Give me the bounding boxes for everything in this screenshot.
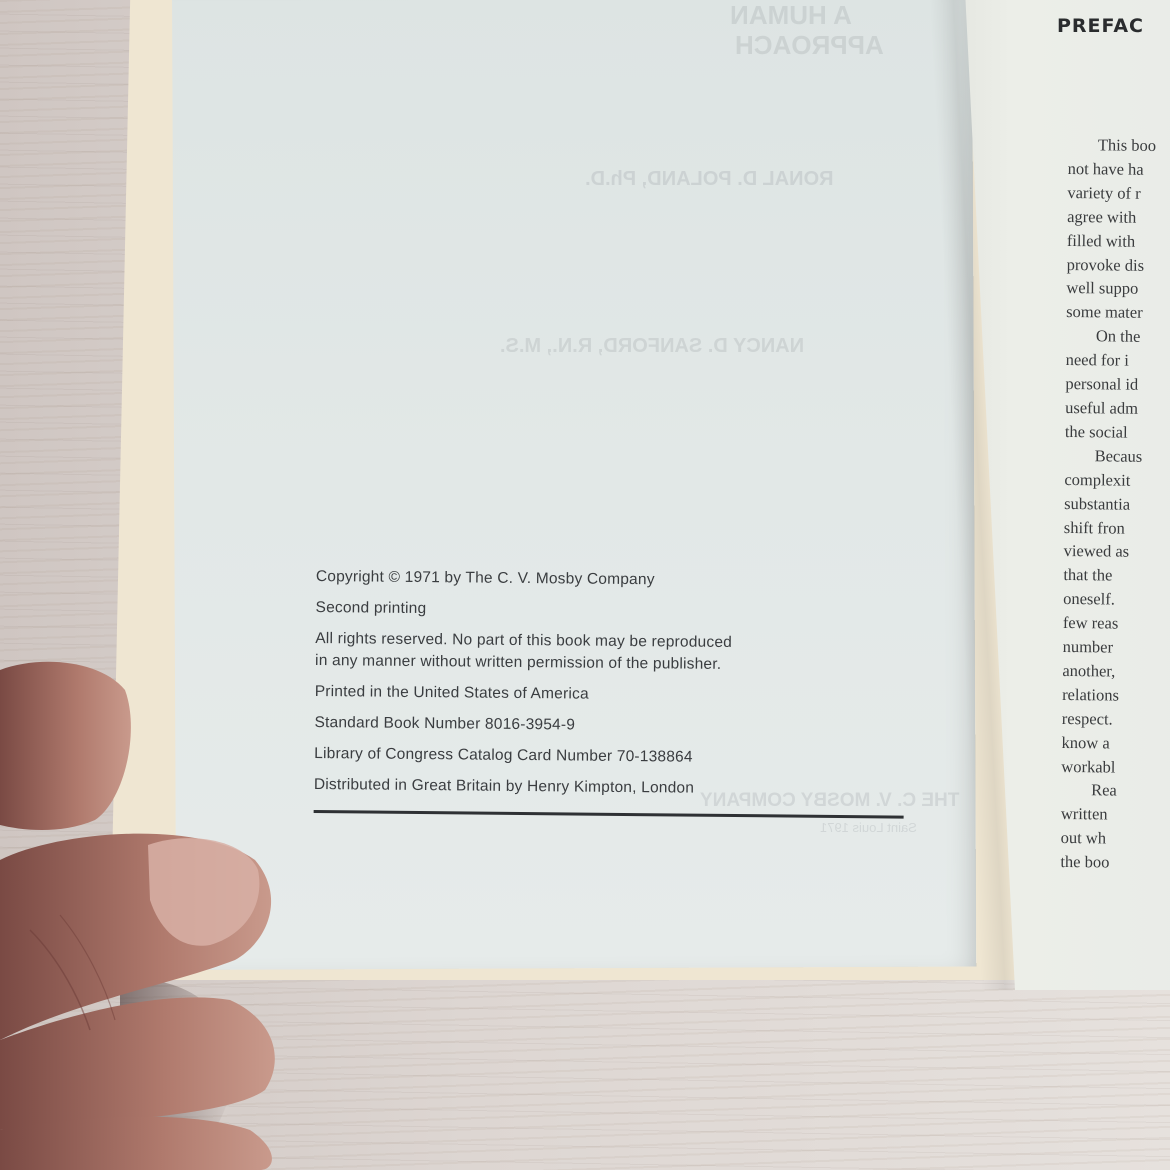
printed-in-line: Printed in the United States of America (315, 681, 915, 709)
show-through-city: Saint Louis 1971 (820, 820, 917, 835)
preface-body: This boo not have ha variety of r agree … (1060, 133, 1170, 876)
preface-line: viewed as (1063, 539, 1170, 565)
preface-line: written (1061, 802, 1170, 828)
preface-line: respect. (1062, 707, 1170, 733)
preface-line: agree with (1067, 205, 1170, 231)
preface-line: provoke dis (1066, 253, 1170, 279)
rights-line-2: in any manner without written permission… (315, 650, 915, 678)
preface-line: out wh (1060, 826, 1170, 852)
preface-line: the social (1065, 420, 1170, 446)
preface-line: useful adm (1065, 396, 1170, 422)
copyright-block: Copyright © 1971 by The C. V. Mosby Comp… (314, 566, 916, 819)
preface-line: workabl (1061, 755, 1170, 781)
show-through-title-2: APPROACH (735, 30, 884, 61)
preface-line: well suppo (1066, 276, 1170, 302)
isbn-line: Standard Book Number 8016-3954-9 (314, 712, 914, 740)
preface-line: On the (1066, 324, 1170, 350)
printing-line: Second printing (315, 597, 915, 625)
preface-line: that the (1063, 563, 1170, 589)
preface-line: the boo (1060, 850, 1170, 876)
preface-line: another, (1062, 659, 1170, 685)
show-through-title-1: A HUMAN (730, 0, 852, 31)
preface-line: substantia (1064, 492, 1170, 518)
preface-line: variety of r (1067, 181, 1170, 207)
preface-line: number (1062, 635, 1170, 661)
preface-line: oneself. (1063, 587, 1170, 613)
preface-line: relations (1062, 683, 1170, 709)
preface-line: Rea (1061, 778, 1170, 804)
preface-line: shift fron (1064, 515, 1170, 541)
distribution-line: Distributed in Great Britain by Henry Ki… (314, 774, 914, 802)
preface-line: complexit (1064, 468, 1170, 494)
preface-line: This boo (1068, 133, 1170, 159)
preface-line: Becaus (1064, 444, 1170, 470)
copyright-line: Copyright © 1971 by The C. V. Mosby Comp… (316, 566, 916, 594)
preface-heading: PREFAC (1057, 15, 1144, 37)
show-through-author-1: RONAL D. POLAND, Ph.D. (585, 168, 834, 191)
lccn-line: Library of Congress Catalog Card Number … (314, 743, 914, 771)
preface-line: need for i (1065, 348, 1170, 374)
preface-line: filled with (1067, 229, 1170, 255)
preface-line: personal id (1065, 372, 1170, 398)
preface-line: few reas (1063, 611, 1170, 637)
preface-line: know a (1061, 731, 1170, 757)
preface-line: not have ha (1067, 157, 1170, 183)
preface-line: some mater (1066, 300, 1170, 326)
show-through-author-2: NANCY D. SANFORD, R.N., M.S. (500, 335, 804, 358)
